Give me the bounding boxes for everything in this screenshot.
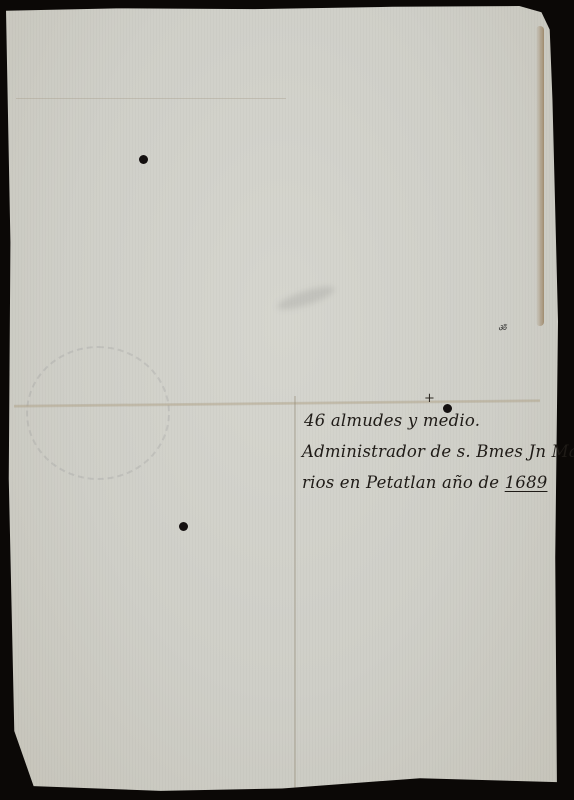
binding-hole bbox=[179, 522, 188, 531]
handwritten-annotation: 46 almudes y medio. Administrador de s. … bbox=[302, 405, 562, 498]
annotation-line-quantity: 46 almudes y medio. bbox=[302, 405, 562, 436]
annotation-line-location: rios en Petatlan año de 1689 bbox=[302, 467, 562, 498]
annotation-location-text: rios en Petatlan año de bbox=[302, 473, 505, 492]
bleed-through-seal bbox=[26, 346, 170, 480]
annotation-year: 1689 bbox=[505, 473, 548, 492]
faint-rule bbox=[16, 98, 286, 99]
vertical-fold-line bbox=[294, 396, 296, 796]
edge-stain bbox=[536, 26, 544, 326]
annotation-line-administrator: Administrador de s. Bmes Jn Mas bbox=[302, 436, 562, 467]
manuscript-page bbox=[6, 6, 558, 794]
binding-hole bbox=[139, 155, 148, 164]
cross-mark: + bbox=[424, 392, 435, 405]
ink-smudge bbox=[275, 282, 336, 314]
